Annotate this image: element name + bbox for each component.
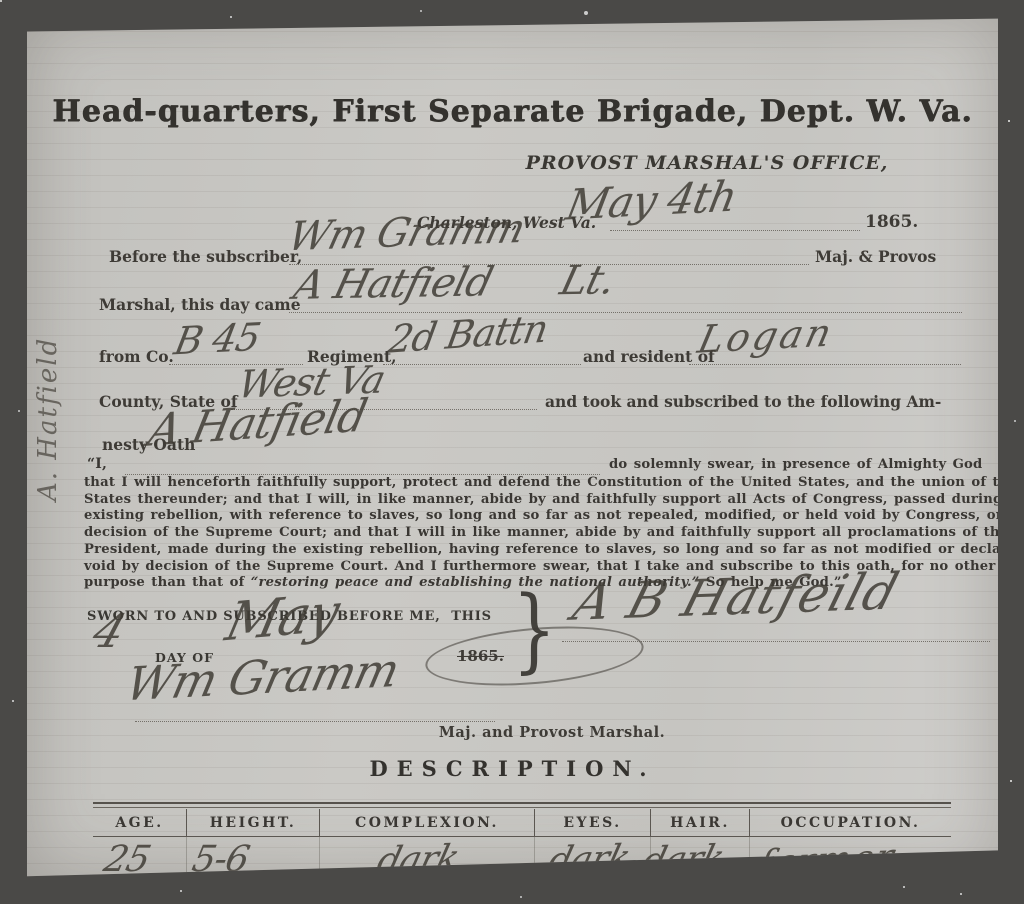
- battalion-entry: 2d Battn: [385, 306, 551, 362]
- value-eyes: dark: [535, 837, 651, 889]
- oath-i-label: “I,: [87, 456, 107, 472]
- document-paper: A. Hatfield Head-quarters, First Separat…: [27, 16, 998, 878]
- col-header-hair: HAIR.: [651, 809, 750, 836]
- description-table: AGE. HEIGHT. COMPLEXION. EYES. HAIR. OCC…: [93, 809, 951, 889]
- handwritten-date: May 4th: [562, 171, 740, 229]
- dateline-year: 1865.: [865, 212, 918, 232]
- description-table-value-row: 25 5-6 dark dark dark farmer: [93, 837, 951, 889]
- value-occupation: farmer: [750, 837, 951, 889]
- oath-line: States thereunder; and that I will, in l…: [84, 492, 986, 509]
- col-header-complexion: COMPLEXION.: [320, 809, 535, 836]
- film-grain: [0, 0, 2, 2]
- oath-taker-signature-line: [562, 640, 990, 642]
- office-title: PROVOST MARSHAL'S OFFICE,: [457, 152, 957, 174]
- description-table-header-row: AGE. HEIGHT. COMPLEXION. EYES. HAIR. OCC…: [93, 809, 951, 837]
- oath-line7-prefix: purpose than that of: [84, 575, 251, 590]
- value-age: 25: [93, 837, 187, 889]
- scan-background: A. Hatfield Head-quarters, First Separat…: [0, 0, 1024, 904]
- company-label: from Co.: [99, 347, 174, 366]
- provost-rank-label: Maj. & Provos: [815, 247, 936, 266]
- county-right-text: and took and subscribed to the following…: [545, 392, 941, 411]
- value-hair: dark: [651, 837, 750, 889]
- col-header-occupation: OCCUPATION.: [750, 809, 951, 836]
- subscriber-label: Before the subscriber,: [109, 247, 302, 266]
- came-blank: [289, 311, 962, 313]
- resident-blank: [689, 363, 961, 365]
- oath-line: decision of the Supreme Court; and that …: [84, 525, 986, 542]
- oath-taker-signature: A B Hatfeild: [567, 562, 906, 632]
- residence-entry: Logan: [694, 310, 839, 362]
- col-header-age: AGE.: [93, 809, 187, 836]
- value-complexion: dark: [320, 837, 535, 889]
- regiment-blank: [383, 363, 581, 365]
- came-label: Marshal, this day came: [99, 295, 301, 314]
- col-header-eyes: EYES.: [535, 809, 651, 836]
- col-header-height: HEIGHT.: [187, 809, 320, 836]
- marshal-title: Maj. and Provost Marshal.: [327, 724, 777, 741]
- description-top-rule: [93, 802, 951, 808]
- oath-lead: do solemnly swear, in presence of Almigh…: [609, 457, 982, 472]
- oath-line: existing rebellion, with reference to sl…: [84, 508, 986, 525]
- oath-line: that I will henceforth faithfully suppor…: [84, 475, 986, 492]
- provost-signature-line: [135, 720, 495, 722]
- company-entry: B 45: [171, 315, 264, 364]
- month-entry: May: [220, 582, 344, 653]
- oath-line: President, made during the existing rebe…: [84, 542, 986, 559]
- margin-annotation: A. Hatfield: [33, 156, 77, 501]
- oath-taker-name-entry: A Hatfield Lt.: [289, 257, 619, 309]
- provost-signature-top: Wm Gramm: [283, 206, 529, 261]
- document-masthead: Head-quarters, First Separate Brigade, D…: [27, 94, 998, 129]
- description-title: DESCRIPTION.: [27, 756, 998, 781]
- dateline-blank: [610, 229, 860, 231]
- value-height: 5-6: [187, 837, 320, 889]
